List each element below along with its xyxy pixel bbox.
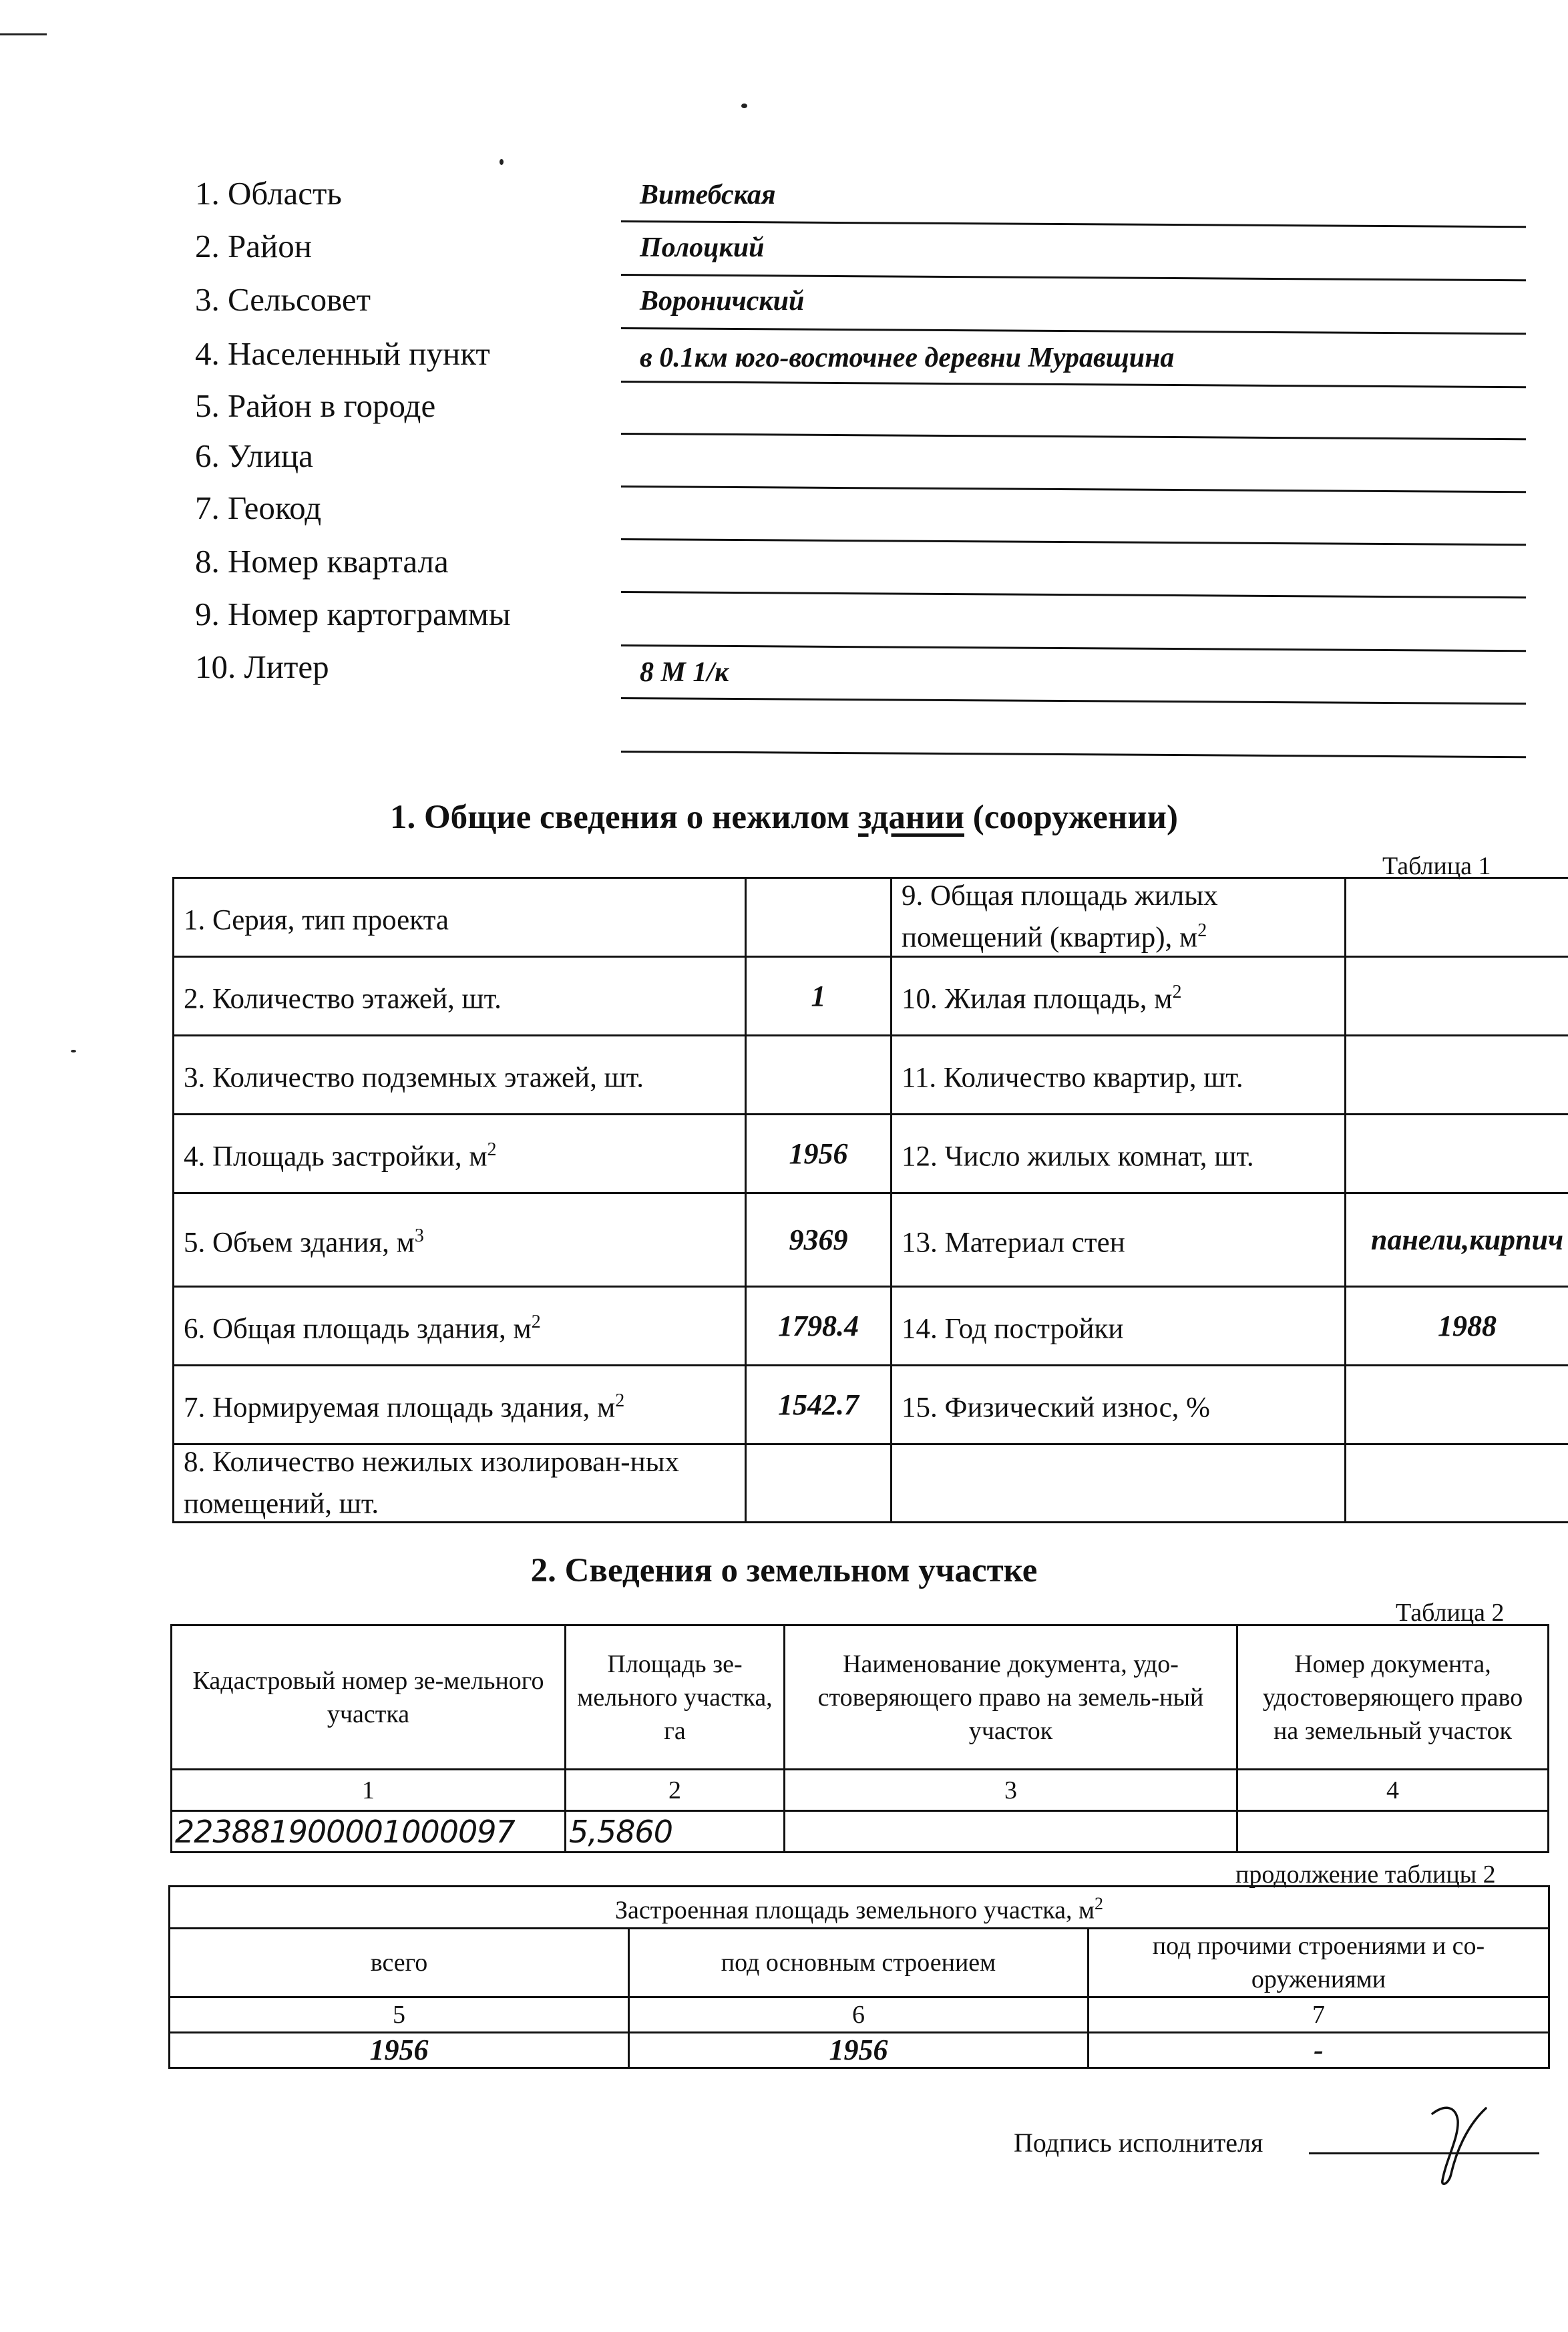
table2-caption: Таблица 2	[1396, 1598, 1505, 1627]
table1-right-label: 14. Год постройки	[892, 1287, 1346, 1366]
table1-right-label: 11. Количество квартир, шт.	[892, 1036, 1346, 1115]
field-underline	[621, 697, 1526, 705]
table1-left-value: 9369	[746, 1193, 892, 1287]
table1-row: 5. Объем здания, м3936913. Материал стен…	[174, 1193, 1568, 1287]
document-name-value	[785, 1811, 1237, 1853]
table1-right-label: 9. Общая площадь жилых помещений (кварти…	[892, 878, 1346, 957]
table1-right-label-text: 13. Материал стен	[902, 1227, 1125, 1259]
header-other-buildings: под прочими строениями и со-оружениями	[1089, 1928, 1549, 1997]
table1-left-label: 2. Количество этажей, шт.	[174, 957, 746, 1036]
field-label-geocode: 7. Геокод	[195, 490, 321, 527]
table1-left-label-text: 5. Объем здания, м	[184, 1227, 415, 1259]
table1-left-label-text: 1. Серия, тип проекта	[184, 905, 449, 936]
table2-col-number: 4	[1237, 1770, 1549, 1811]
table1-right-value	[1346, 1366, 1568, 1444]
table2-header-document-name: Наименование документа, удо-стоверяющего…	[785, 1625, 1237, 1770]
field-value-liter: 8 М 1/к	[640, 656, 729, 689]
superscript: 3	[415, 1225, 424, 1246]
table1-right-label-text: 12. Число жилых комнат, шт.	[902, 1141, 1254, 1173]
table1-left-value: 1798.4	[746, 1287, 892, 1366]
table2-col-number: 3	[785, 1770, 1237, 1811]
field-label-street: 6. Улица	[195, 437, 313, 475]
superscript: 2	[1172, 982, 1181, 1002]
table1-row: 3. Количество подземных этажей, шт.11. К…	[174, 1036, 1568, 1115]
table1-right-label-text: 14. Год постройки	[902, 1314, 1123, 1345]
scan-speck	[71, 1050, 76, 1052]
scan-artefact-line	[0, 33, 47, 35]
field-label-city-district: 5. Район в городе	[195, 387, 435, 425]
table1-right-label: 12. Число жилых комнат, шт.	[892, 1115, 1346, 1193]
table1-row: 4. Площадь застройки, м2195612. Число жи…	[174, 1115, 1568, 1193]
superscript: 2	[532, 1312, 541, 1332]
superscript: 2	[1095, 1894, 1103, 1913]
table2-continuation: Застроенная площадь земельного участка, …	[168, 1885, 1550, 2069]
table1-right-label-text: 9. Общая площадь жилых помещений (кварти…	[902, 880, 1218, 953]
table1-right-label: 15. Физический износ, %	[892, 1366, 1346, 1444]
field-underline	[621, 220, 1526, 228]
field-label-raion: 2. Район	[195, 228, 312, 265]
table2-continuation-data-row: 1956 1956 -	[170, 2032, 1549, 2068]
table1-row: 1. Серия, тип проекта9. Общая площадь жи…	[174, 878, 1568, 957]
table1-right-label-text: 10. Жилая площадь, м	[902, 984, 1172, 1015]
field-label-quarter-number: 8. Номер квартала	[195, 543, 449, 580]
table1-left-label: 7. Нормируемая площадь здания, м2	[174, 1366, 746, 1444]
table1-left-value: 1	[746, 957, 892, 1036]
table2-continuation-number-row: 5 6 7	[170, 1997, 1549, 2032]
table1-right-label: 10. Жилая площадь, м2	[892, 957, 1346, 1036]
table1-right-label-text: 15. Физический износ, %	[902, 1392, 1210, 1424]
table1-left-value	[746, 878, 892, 957]
field-value-settlement: в 0.1км юго-восточнее деревни Муравщина	[640, 342, 1174, 374]
table1-left-value-text: 1	[811, 980, 826, 1012]
table2-col-number: 6	[629, 1997, 1089, 2032]
table1-left-value	[746, 1444, 892, 1523]
table1-right-label-text: 11. Количество квартир, шт.	[902, 1062, 1243, 1094]
table1-left-label: 3. Количество подземных этажей, шт.	[174, 1036, 746, 1115]
table1-right-value	[1346, 878, 1568, 957]
section1-title-underlined: здании	[858, 799, 964, 836]
cadastral-number-value: 223881900001000097	[172, 1811, 566, 1853]
table1-right-value-text: 1988	[1438, 1310, 1497, 1342]
table1-left-label-text: 6. Общая площадь здания, м	[184, 1314, 532, 1345]
scan-speck	[741, 104, 747, 108]
table1-right-value: панели,кирпич	[1346, 1193, 1568, 1287]
table2-continuation-header-row: всего под основным строением под прочими…	[170, 1928, 1549, 1997]
section1-title: 1. Общие сведения о нежилом здании (соор…	[0, 798, 1568, 837]
signature-label: Подпись исполнителя	[1014, 2127, 1263, 2158]
table1-left-label-text: 7. Нормируемая площадь здания, м	[184, 1392, 615, 1424]
table1-left-label: 6. Общая площадь здания, м2	[174, 1287, 746, 1366]
header-main-building: под основным строением	[629, 1928, 1089, 1997]
built-area-total-value: 1956	[170, 2032, 629, 2068]
field-underline	[621, 644, 1526, 652]
field-underline	[621, 485, 1526, 493]
table1-row: 6. Общая площадь здания, м21798.414. Год…	[174, 1287, 1568, 1366]
section1-title-suffix: (сооружении)	[964, 799, 1178, 836]
table2-land-plot: Кадастровый номер зе-мельного участка Пл…	[170, 1624, 1549, 1853]
field-label-selsovet: 3. Сельсовет	[195, 281, 371, 319]
table1-left-label-text: 8. Количество нежилых изолирован-ных пом…	[184, 1446, 679, 1519]
table2-continuation-group-row: Застроенная площадь земельного участка, …	[170, 1887, 1549, 1929]
field-label-liter: 10. Литер	[195, 648, 329, 686]
built-area-other-value: -	[1089, 2032, 1549, 2068]
superscript: 2	[487, 1139, 497, 1160]
table1-left-value-text: 1956	[789, 1137, 848, 1170]
field-underline	[621, 327, 1526, 335]
land-area-value: 5,5860	[566, 1811, 785, 1853]
table1-row: 7. Нормируемая площадь здания, м21542.71…	[174, 1366, 1568, 1444]
table1-right-value: 1988	[1346, 1287, 1568, 1366]
signature-mark-icon	[1419, 2100, 1493, 2187]
field-underline	[621, 274, 1526, 281]
superscript: 2	[615, 1390, 624, 1411]
table1-left-label: 8. Количество нежилых изолирован-ных пом…	[174, 1444, 746, 1523]
scan-speck	[500, 159, 504, 165]
field-underline	[621, 381, 1526, 388]
section2-title: 2. Сведения о земельном участке	[0, 1551, 1568, 1590]
table1-left-value	[746, 1036, 892, 1115]
table1-left-value: 1542.7	[746, 1366, 892, 1444]
table2-number-row: 1 2 3 4	[172, 1770, 1549, 1811]
table1-left-label-text: 3. Количество подземных этажей, шт.	[184, 1062, 644, 1094]
field-underline	[621, 538, 1526, 546]
table2-header-document-number: Номер документа, удостоверяющего право н…	[1237, 1625, 1549, 1770]
table1-left-label: 4. Площадь застройки, м2	[174, 1115, 746, 1193]
section1-title-text: 1. Общие сведения о нежилом	[390, 799, 858, 836]
built-area-main-value: 1956	[629, 2032, 1089, 2068]
table2-col-number: 1	[172, 1770, 566, 1811]
table1-general-info: 1. Серия, тип проекта9. Общая площадь жи…	[172, 877, 1568, 1523]
field-underline	[621, 751, 1526, 758]
table1-left-value-text: 9369	[789, 1223, 848, 1256]
table1-right-value	[1346, 1036, 1568, 1115]
table2-header-cadastral-number: Кадастровый номер зе-мельного участка	[172, 1625, 566, 1770]
field-value-oblast: Витебская	[640, 179, 776, 211]
document-number-value	[1237, 1811, 1549, 1853]
built-area-group-header-text: Застроенная площадь земельного участка, …	[615, 1897, 1095, 1925]
table1-row: 8. Количество нежилых изолирован-ных пом…	[174, 1444, 1568, 1523]
table1-row: 2. Количество этажей, шт.110. Жилая площ…	[174, 957, 1568, 1036]
table2-header-area: Площадь зе-мельного участка, га	[566, 1625, 785, 1770]
table1-left-label-text: 2. Количество этажей, шт.	[184, 984, 502, 1015]
table1-left-value-text: 1798.4	[778, 1310, 859, 1342]
table2-col-number: 7	[1089, 1997, 1549, 2032]
table1-left-label: 1. Серия, тип проекта	[174, 878, 746, 957]
table2-col-number: 2	[566, 1770, 785, 1811]
table1-left-value: 1956	[746, 1115, 892, 1193]
table2-data-row: 223881900001000097 5,5860	[172, 1811, 1549, 1853]
table1-right-label	[892, 1444, 1346, 1523]
built-area-group-header: Застроенная площадь земельного участка, …	[170, 1887, 1549, 1929]
table1-right-value	[1346, 1115, 1568, 1193]
table2-col-number: 5	[170, 1997, 629, 2032]
field-value-raion: Полоцкий	[640, 232, 765, 264]
table1-right-value	[1346, 1444, 1568, 1523]
field-underline	[621, 433, 1526, 440]
field-underline	[621, 591, 1526, 598]
header-total: всего	[170, 1928, 629, 1997]
field-label-cartogram-number: 9. Номер картограммы	[195, 596, 511, 633]
table1-left-label-text: 4. Площадь застройки, м	[184, 1141, 487, 1173]
field-value-selsovet: Вороничский	[640, 285, 804, 317]
table1-left-label: 5. Объем здания, м3	[174, 1193, 746, 1287]
field-label-settlement: 4. Населенный пункт	[195, 335, 490, 373]
table1-left-value-text: 1542.7	[778, 1388, 859, 1421]
superscript: 2	[1197, 920, 1207, 941]
table2-header-row: Кадастровый номер зе-мельного участка Пл…	[172, 1625, 1549, 1770]
table1-right-value	[1346, 957, 1568, 1036]
table1-right-label: 13. Материал стен	[892, 1193, 1346, 1287]
table1-right-value-text: панели,кирпич	[1371, 1223, 1563, 1256]
field-label-oblast: 1. Область	[195, 175, 342, 212]
